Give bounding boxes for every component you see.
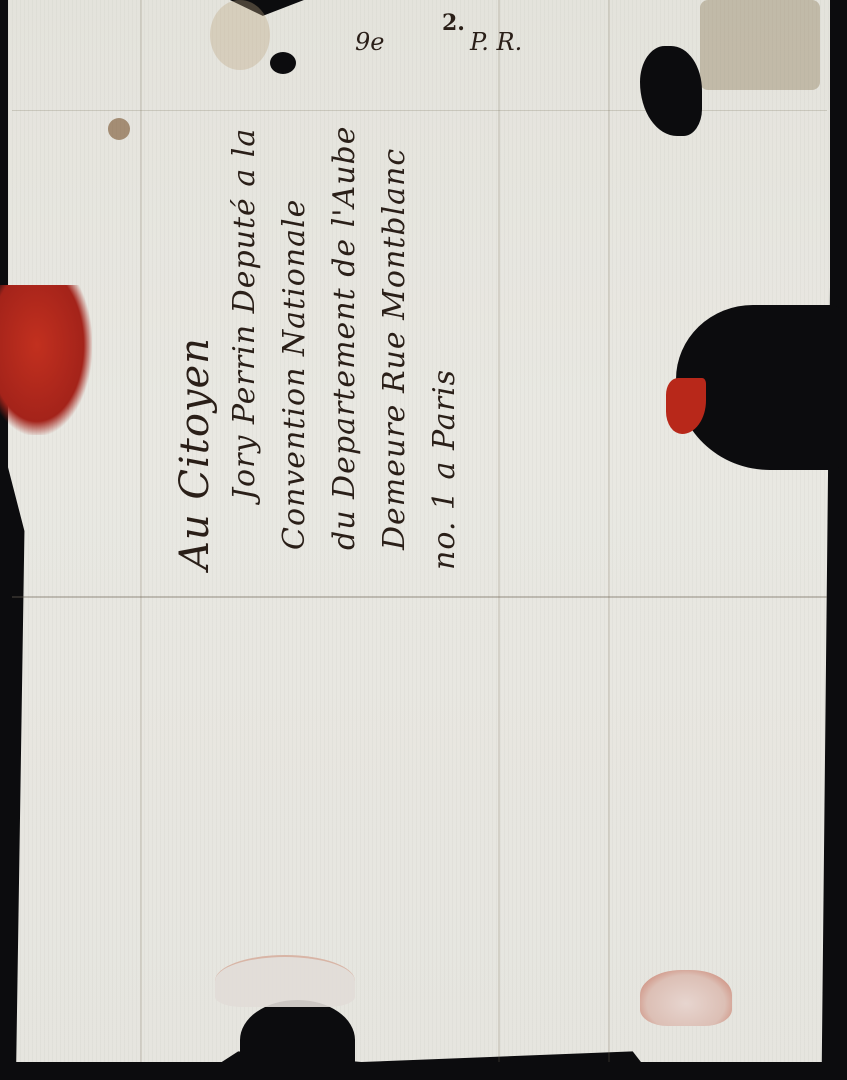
ink-stain — [108, 118, 130, 140]
fold-line-top — [12, 110, 827, 111]
note-number: 2. — [442, 10, 465, 36]
tape-residue — [700, 0, 820, 90]
fold-line-vertical — [140, 0, 142, 1062]
wax-seal-left — [0, 285, 92, 435]
seal-residue — [215, 955, 355, 1007]
address-line: no. 1 a Paris — [420, 140, 470, 580]
address-line: Au Citoyen — [170, 140, 220, 580]
address-line: Demeure Rue Montblanc — [370, 140, 420, 580]
note-left: 9e — [355, 28, 384, 56]
address-block: Au Citoyen Jory Perrin Deputé a la Conve… — [160, 140, 480, 580]
address-line: Jory Perrin Deputé a la — [220, 140, 270, 580]
wax-seal-bottom — [640, 970, 732, 1026]
address-line: Convention Nationale — [270, 140, 320, 580]
note-right: P. R. — [470, 28, 522, 56]
fold-line-vertical — [608, 0, 610, 1062]
address-line: du Departement de l'Aube — [320, 140, 370, 580]
fold-line-middle — [12, 596, 827, 598]
paper-hole — [270, 52, 296, 74]
fold-line-vertical — [498, 0, 500, 1062]
water-stain — [210, 0, 270, 70]
paper-hole — [240, 1000, 355, 1080]
